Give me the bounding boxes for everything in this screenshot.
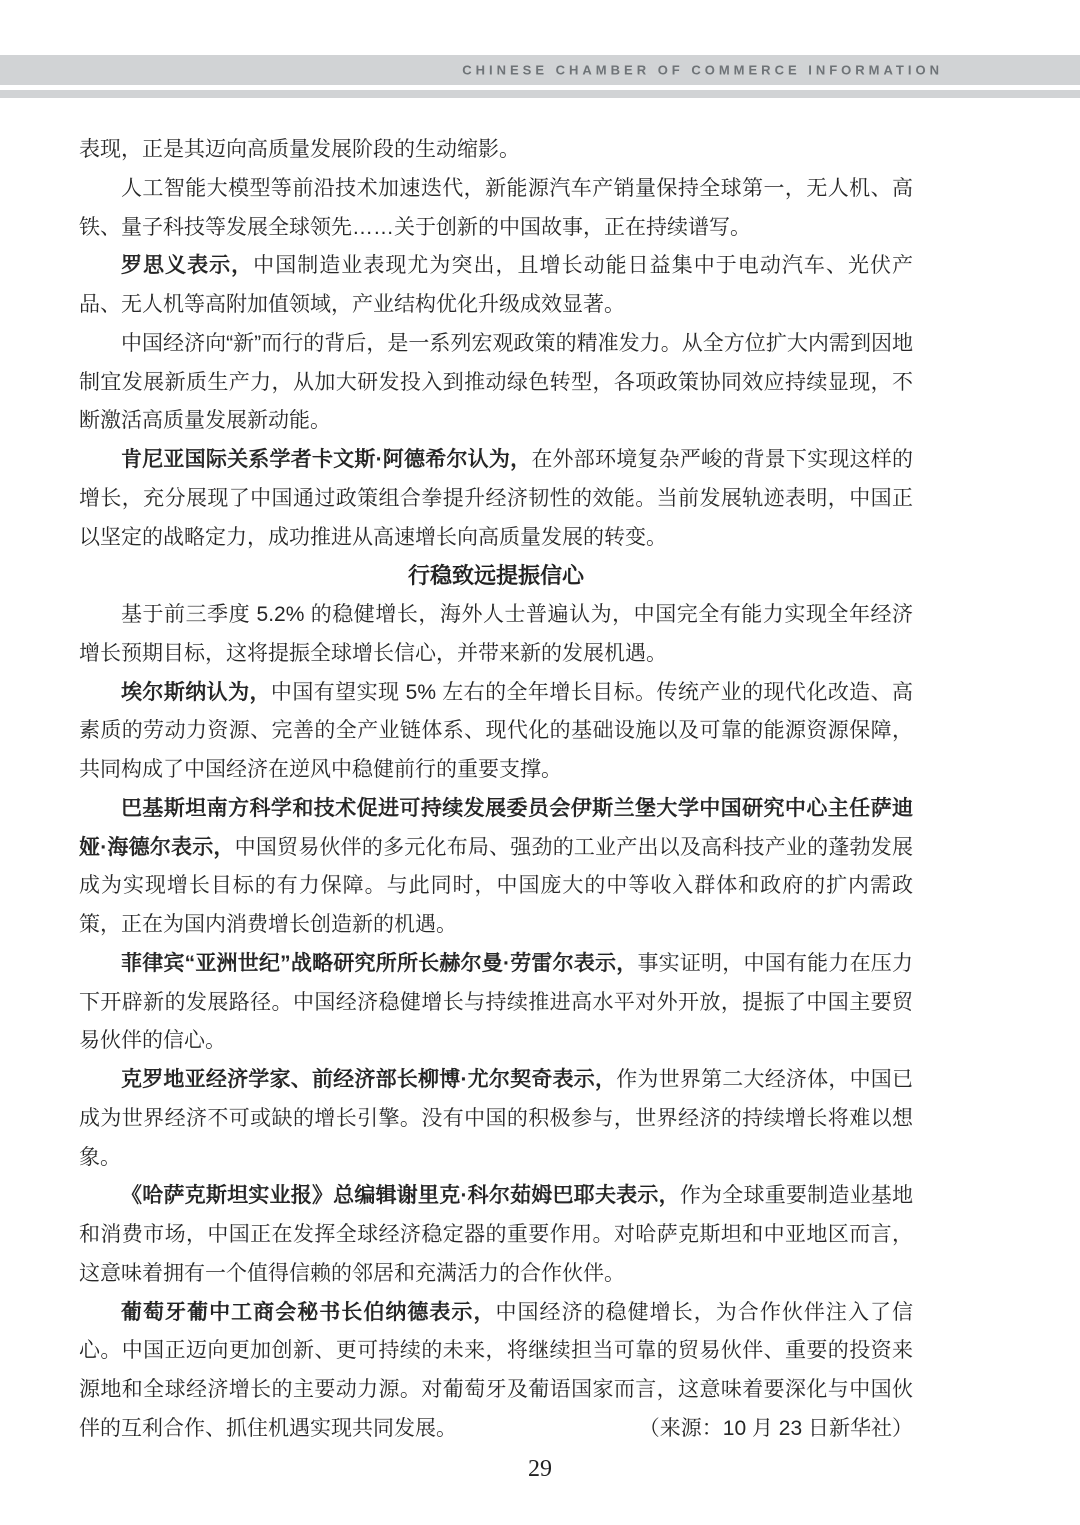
speaker-lead: 肯尼亚国际关系学者卡文斯·阿德希尔认为， [121, 448, 531, 471]
paragraph: 人工智能大模型等前沿技术加速迭代，新能源汽车产销量保持全球第一，无人机、高铁、量… [79, 170, 913, 248]
paragraph: 《哈萨克斯坦实业报》总编辑谢里克·科尔茹姆巴耶夫表示，作为全球重要制造业基地和消… [79, 1177, 913, 1293]
source-note: （来源：10 月 23 日新华社） [597, 1410, 913, 1449]
document-page: CHINESE CHAMBER OF COMMERCE INFORMATION … [0, 0, 1080, 1525]
journal-header-title: CHINESE CHAMBER OF COMMERCE INFORMATION [462, 63, 943, 78]
article-body: 表现，正是其迈向高质量发展阶段的生动缩影。 人工智能大模型等前沿技术加速迭代，新… [79, 131, 913, 1449]
speaker-lead: 葡萄牙葡中工商会秘书长伯纳德表示， [121, 1301, 495, 1324]
paragraph: 巴基斯坦南方科学和技术促进可持续发展委员会伊斯兰堡大学中国研究中心主任萨迪娅·海… [79, 790, 913, 945]
header-accent-bar [0, 90, 1080, 98]
speaker-lead: 罗思义表示， [121, 254, 253, 277]
section-heading: 行稳致远提振信心 [79, 557, 913, 596]
header-bar: CHINESE CHAMBER OF COMMERCE INFORMATION [0, 55, 1080, 85]
paragraph-text: 基于前三季度 5.2% 的稳健增长，海外人士普遍认为，中国完全有能力实现全年经济… [79, 603, 913, 665]
paragraph-text: 中国经济向“新”而行的背后，是一系列宏观政策的精准发力。从全方位扩大内需到因地制… [79, 332, 913, 433]
paragraph-text: 人工智能大模型等前沿技术加速迭代，新能源汽车产销量保持全球第一，无人机、高铁、量… [79, 177, 913, 239]
paragraph: 肯尼亚国际关系学者卡文斯·阿德希尔认为，在外部环境复杂严峻的背景下实现这样的增长… [79, 441, 913, 557]
paragraph-text: 表现，正是其迈向高质量发展阶段的生动缩影。 [79, 138, 520, 161]
speaker-lead: 菲律宾“亚洲世纪”战略研究所所长赫尔曼·劳雷尔表示， [121, 952, 637, 975]
paragraph: 表现，正是其迈向高质量发展阶段的生动缩影。 [79, 131, 913, 170]
page-number: 29 [0, 1456, 1080, 1483]
speaker-lead: 克罗地亚经济学家、前经济部长柳博·尤尔契奇表示， [121, 1068, 616, 1091]
paragraph: 葡萄牙葡中工商会秘书长伯纳德表示，中国经济的稳健增长，为合作伙伴注入了信心。中国… [79, 1294, 913, 1449]
paragraph: 中国经济向“新”而行的背后，是一系列宏观政策的精准发力。从全方位扩大内需到因地制… [79, 325, 913, 441]
speaker-lead: 埃尔斯纳认为， [121, 681, 271, 704]
paragraph: 埃尔斯纳认为，中国有望实现 5% 左右的全年增长目标。传统产业的现代化改造、高素… [79, 674, 913, 790]
paragraph: 克罗地亚经济学家、前经济部长柳博·尤尔契奇表示，作为世界第二大经济体，中国已成为… [79, 1061, 913, 1177]
paragraph: 菲律宾“亚洲世纪”战略研究所所长赫尔曼·劳雷尔表示，事实证明，中国有能力在压力下… [79, 945, 913, 1061]
paragraph: 罗思义表示，中国制造业表现尤为突出，且增长动能日益集中于电动汽车、光伏产品、无人… [79, 247, 913, 325]
speaker-lead: 《哈萨克斯坦实业报》总编辑谢里克·科尔茹姆巴耶夫表示， [121, 1184, 680, 1207]
paragraph: 基于前三季度 5.2% 的稳健增长，海外人士普遍认为，中国完全有能力实现全年经济… [79, 596, 913, 674]
